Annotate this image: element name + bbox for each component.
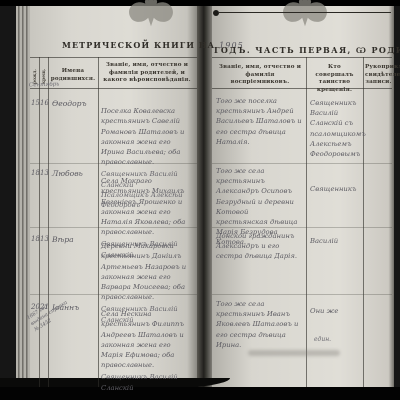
grid-line: [30, 57, 197, 58]
name-cell: Вѣра: [52, 234, 74, 245]
grid-line: [98, 57, 99, 387]
godparents-cell: Донской гражданинъ Александръ и его сест…: [216, 231, 302, 262]
header-witness: Рукоприкладство свидѣтелей записи.: [365, 64, 392, 87]
corner-note: един.: [314, 336, 331, 343]
performer-cell: Священникъ: [310, 184, 360, 194]
day-baptized-cell: 16: [40, 98, 49, 109]
imperial-eagle-icon: [122, 0, 180, 31]
metrical-book-scan: МЕТРИЧЕСКОЙ КНИГИ НА 1905 ГОДЪ. ЧАСТЬ ПЕ…: [0, 0, 400, 400]
performer-cell: Они же: [310, 306, 360, 316]
parents-text: Деревни Макаровки крестьянинъ Даніилъ Ар…: [101, 242, 186, 301]
page-clip-dot: [213, 10, 219, 16]
grid-line: [212, 88, 392, 89]
parents-text: Села Мокраго крестьянинъ Михаилъ Евгеніе…: [101, 177, 185, 236]
bottom-black-bar: [0, 387, 400, 400]
book-gutter: [197, 6, 212, 387]
imperial-eagle-icon: [276, 0, 334, 31]
name-cell: Любовь: [52, 168, 83, 179]
parents-cell: Села Нескина крестьянинъ Филиппъ Андреев…: [101, 299, 194, 400]
top-black-bar: [0, 0, 400, 6]
page-edges-stack: [16, 6, 30, 387]
grid-line: [306, 57, 307, 387]
left-title-text: МЕТРИЧЕСКОЙ КНИГИ НА: [62, 40, 215, 50]
parents-text: Поселка Ковалевска крестьянинъ Савелій Р…: [101, 107, 184, 166]
day-born-cell: 18: [31, 234, 40, 245]
header-godparents: Званіе, имя, отчество и фамилія воспріем…: [218, 64, 302, 87]
header-parents: Званіе, имя, отчество и фамилія родителе…: [101, 62, 193, 85]
row-separator: [212, 163, 392, 164]
grid-line: [212, 57, 392, 58]
parents-text: Села Нескина крестьянинъ Филиппъ Андреев…: [101, 310, 184, 369]
performer-cell: Священникъ Василій Сланскій съ псаломщик…: [310, 98, 360, 159]
grid-line: [363, 57, 364, 387]
smudge-mark: [248, 350, 340, 356]
day-born-cell: 15: [31, 98, 40, 109]
clergy-signature: Священникъ Василій Сланскій: [101, 372, 194, 392]
performer-cell: Василій: [310, 236, 360, 246]
top-rule: [219, 12, 391, 13]
right-page-title: ГОДЪ. ЧАСТЬ ПЕРВАЯ, Ѡ РОДИВШИХСЯ: [214, 45, 400, 55]
godparents-cell: Того же села крестьянинъ Иванъ Яковлевъ …: [216, 299, 302, 350]
day-born-cell: 18: [31, 168, 40, 179]
day-baptized-cell: 13: [40, 168, 49, 179]
month-annotation: Сентябрь: [29, 81, 60, 88]
day-baptized-cell: 13: [40, 234, 49, 245]
row-separator: [212, 294, 392, 295]
name-cell: Ѳеодоръ: [52, 98, 87, 109]
grid-line: [30, 88, 197, 89]
header-performer: Кто совершалъ таинство крещенія.: [309, 64, 360, 94]
godparents-cell: Того же поселка крестьянинъ Андрей Васил…: [216, 96, 302, 147]
